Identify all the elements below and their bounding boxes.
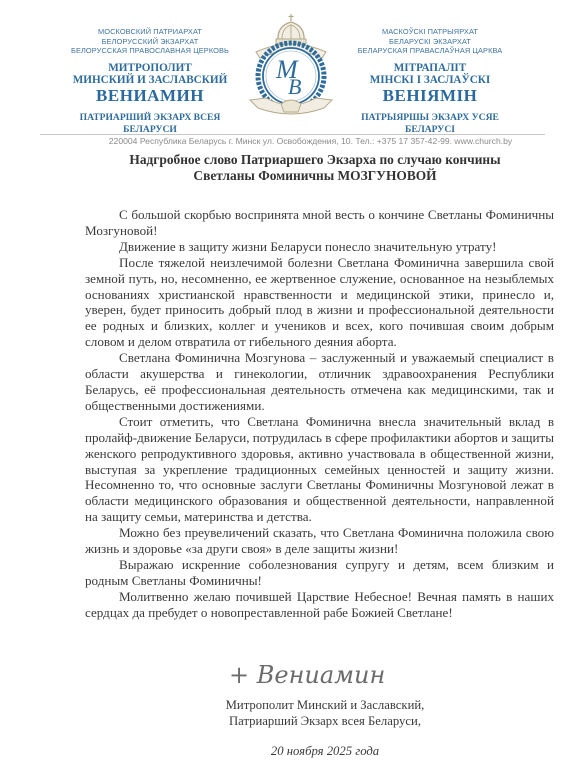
title-line-1: Надгробное слово Патриаршего Экзарха по …	[75, 152, 555, 168]
address-line: 220004 Республика Беларусь г. Минск ул. …	[0, 136, 581, 146]
exarch-title: ПАТРИАРШИЙ ЭКЗАРХ ВСЕЯ БЕЛАРУСИ	[60, 112, 240, 136]
title-line-2: Светланы Фоминичны МОЗГУНОВОЙ	[75, 168, 555, 184]
letterhead-right: МАСКОЎСКІ ПАТРЫЯРХАТ БЕЛАРУСКІ ЭКЗАРХАТ …	[340, 27, 520, 136]
handwritten-signature: + Вениамин	[225, 655, 435, 695]
exarch-title-by: ПАТРЫЯРШЫ ЭКЗАРХ УСЯЕ БЕЛАРУСІ	[340, 112, 520, 136]
rank-title: МИТРОПОЛИТ	[60, 62, 240, 75]
document-body: С большой скорбью воспринята мной весть …	[85, 207, 554, 621]
rank-title-by: МІТРАПАЛІТ	[340, 62, 520, 75]
monogram-crest-icon: M B	[248, 12, 334, 118]
paragraph: Светлана Фоминична Мозгунова – заслуженн…	[85, 350, 554, 414]
paragraph: Можно без преувеличений сказать, что Све…	[85, 525, 554, 557]
svg-text:B: B	[288, 74, 301, 99]
document-title: Надгробное слово Патриаршего Экзарха по …	[75, 152, 555, 184]
paragraph: Стоит отметить, что Светлана Фоминична в…	[85, 414, 554, 525]
exarchate-line: БЕЛОРУССКИЙ ЭКЗАРХАТ	[60, 37, 240, 47]
patriarchate-line: МОСКОВСКИЙ ПАТРИАРХАТ	[60, 27, 240, 37]
signatory-block: Митрополит Минский и Заславский, Патриар…	[200, 698, 450, 730]
patriarchate-line-by: МАСКОЎСКІ ПАТРЫЯРХАТ	[340, 27, 520, 37]
letterhead-left: МОСКОВСКИЙ ПАТРИАРХАТ БЕЛОРУССКИЙ ЭКЗАРХ…	[60, 27, 240, 136]
church-line-by: БЕЛАРУСКАЯ ПРАВАСЛАЎНАЯ ЦАРКВА	[340, 46, 520, 56]
paragraph: С большой скорбью воспринята мной весть …	[85, 207, 554, 239]
paragraph: Движение в защиту жизни Беларуси понесло…	[85, 239, 554, 255]
signatory-line-1: Митрополит Минский и Заславский,	[200, 698, 450, 714]
church-line: БЕЛОРУССКАЯ ПРАВОСЛАВНАЯ ЦЕРКОВЬ	[60, 46, 240, 56]
paragraph: Молитвенно желаю почившей Царствие Небес…	[85, 589, 554, 621]
hierarch-name: ВЕНИАМИН	[60, 87, 240, 105]
hierarch-name-by: ВЕНІЯМІН	[340, 87, 520, 105]
paragraph: После тяжелой неизлечимой болезни Светла…	[85, 255, 554, 350]
paragraph: Выражаю искренние соболезнования супругу…	[85, 557, 554, 589]
exarchate-line-by: БЕЛАРУСКІ ЭКЗАРХАТ	[340, 37, 520, 47]
header-divider	[40, 134, 545, 135]
signatory-line-2: Патриарший Экзарх всея Беларуси,	[200, 714, 450, 730]
signature-text: + Вениамин	[229, 661, 385, 689]
document-date: 20 ноября 2025 года	[200, 744, 450, 759]
